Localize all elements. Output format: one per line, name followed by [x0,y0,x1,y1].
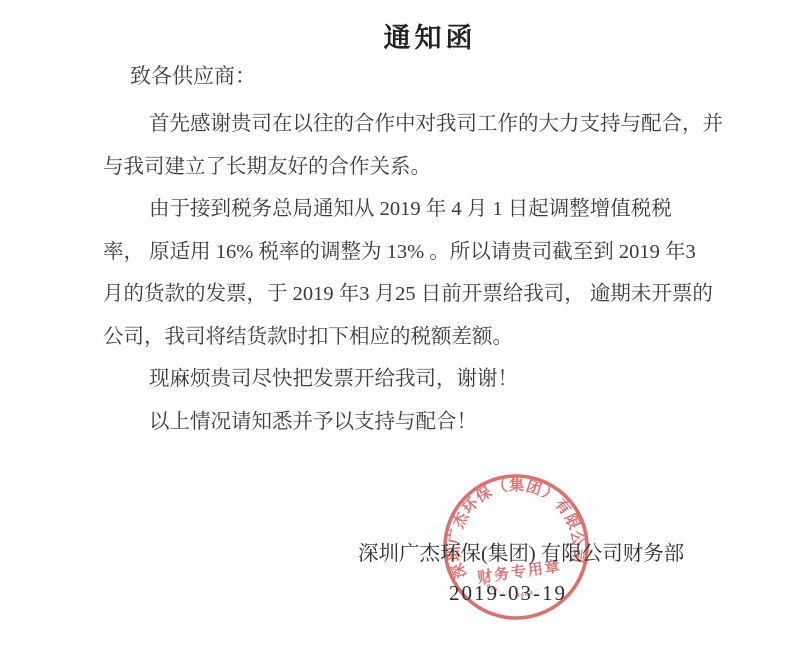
notice-letter-document: 通知函 致各供应商： 首先感谢贵司在以往的合作中对我司工作的大力支持与配合，并 … [0,0,800,648]
signature-line: 深圳广杰环保(集团) 有限公司财务部 [358,536,684,566]
body-line: 公司，我司将结货款时扣下相应的税额差额。 [103,316,713,359]
body-line: 以上情况请知悉并予以支持与配合！ [103,401,713,444]
letter-body: 首先感谢贵司在以往的合作中对我司工作的大力支持与配合，并 与我司建立了长期友好的… [103,103,713,443]
page-title: 通知函 [60,16,800,55]
body-line: 由于接到税务总局通知从 2019 年 4 月 1 日起调整增值税税 [103,188,713,231]
date-line: 2019-03-19 [449,581,567,606]
body-line: 月的货款的发票，于 2019 年3 月25 日前开票给我司， 逾期未开票的 [103,273,713,316]
body-line: 现麻烦贵司尽快把发票开给我司，谢谢！ [103,358,713,401]
salutation: 致各供应商： [130,60,256,90]
body-line: 率， 原适用 16% 税率的调整为 13% 。所以请贵司截至到 2019 年3 [103,231,713,274]
body-line: 与我司建立了长期友好的合作关系。 [103,146,713,189]
body-line: 首先感谢贵司在以往的合作中对我司工作的大力支持与配合，并 [103,103,713,146]
